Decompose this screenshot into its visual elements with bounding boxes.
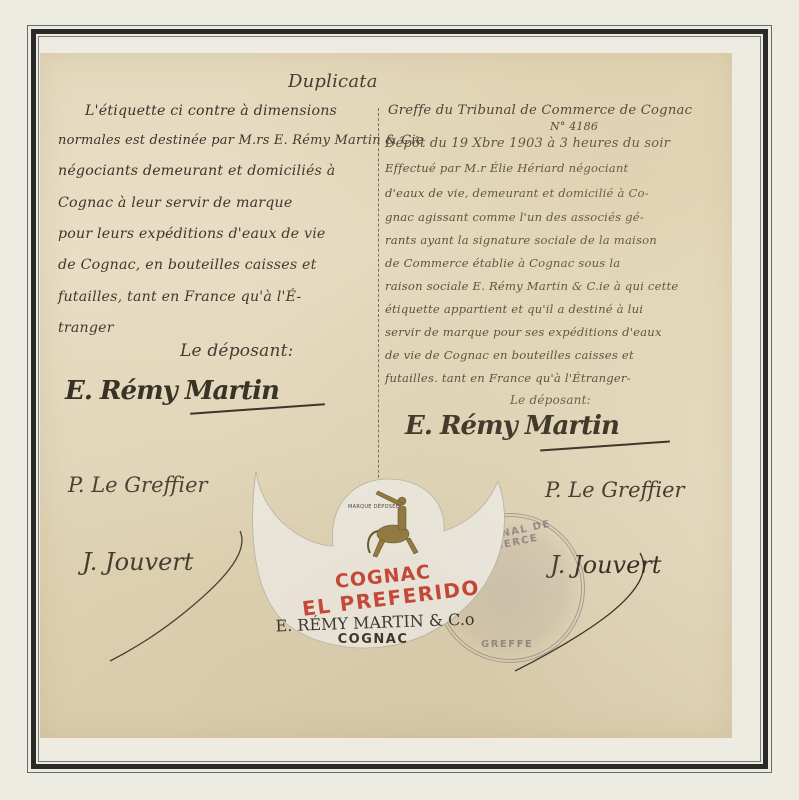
cognac-label: MARQUE DÉPOSÉE COGNAC EL PREFERIDO E. RÉ… bbox=[248, 461, 518, 633]
right-line-4: gnac agissant comme l'un des associés gé… bbox=[385, 210, 644, 224]
left-line-8: tranger bbox=[58, 320, 114, 336]
right-line-5: rants ayant la signature sociale de la m… bbox=[385, 233, 657, 247]
document-title: Duplicata bbox=[288, 71, 378, 92]
left-greffier-label: P. Le Greffier bbox=[68, 473, 208, 497]
left-line-2: normales est destinée par M.rs E. Rémy M… bbox=[58, 133, 424, 148]
left-line-6: de Cognac, en bouteilles caisses et bbox=[58, 257, 317, 273]
document-paper: Duplicata L'étiquette ci contre à dimens… bbox=[40, 53, 732, 738]
right-greffier-label: P. Le Greffier bbox=[545, 478, 685, 502]
right-line-6: de Commerce établie à Cognac sous la bbox=[385, 256, 620, 270]
left-signature-flourish bbox=[100, 523, 250, 663]
left-line-1: L'étiquette ci contre à dimensions bbox=[85, 103, 337, 119]
right-line-2: Effectué par M.r Élie Hériard négociant bbox=[385, 161, 628, 175]
left-line-3: négociants demeurant et domiciliés à bbox=[58, 163, 335, 179]
right-line-8: étiquette appartient et qu'il a destiné … bbox=[385, 302, 643, 316]
right-signature-underline bbox=[540, 440, 670, 451]
left-line-5: pour leurs expéditions d'eaux de vie bbox=[58, 226, 326, 242]
right-signature-remy-martin: E. Rémy Martin bbox=[405, 411, 619, 441]
right-line-11: futailles. tant en France qu'à l'Étrange… bbox=[385, 371, 631, 385]
left-deposant-label: Le déposant: bbox=[180, 341, 294, 361]
trademark-note: MARQUE DÉPOSÉE bbox=[348, 504, 399, 510]
left-signature-remy-martin: E. Rémy Martin bbox=[65, 376, 279, 406]
label-origin: COGNAC bbox=[238, 632, 508, 647]
left-line-7: futailles, tant en France qu'à l'É- bbox=[58, 289, 301, 305]
right-line-1: Dépôt du 19 Xbre 1903 à 3 heures du soir bbox=[385, 136, 670, 151]
right-line-7: raison sociale E. Rémy Martin & C.ie à q… bbox=[385, 279, 678, 293]
left-line-4: Cognac à leur servir de marque bbox=[58, 195, 292, 211]
right-deposant-label: Le déposant: bbox=[510, 393, 591, 407]
right-line-3: d'eaux de vie, demeurant et domicilié à … bbox=[385, 186, 649, 200]
registration-number: N° 4186 bbox=[550, 120, 598, 133]
right-heading: Greffe du Tribunal de Commerce de Cognac bbox=[388, 103, 692, 118]
right-line-9: servir de marque pour ses expéditions d'… bbox=[385, 325, 662, 339]
right-line-10: de vie de Cognac en bouteilles caisses e… bbox=[385, 348, 634, 362]
